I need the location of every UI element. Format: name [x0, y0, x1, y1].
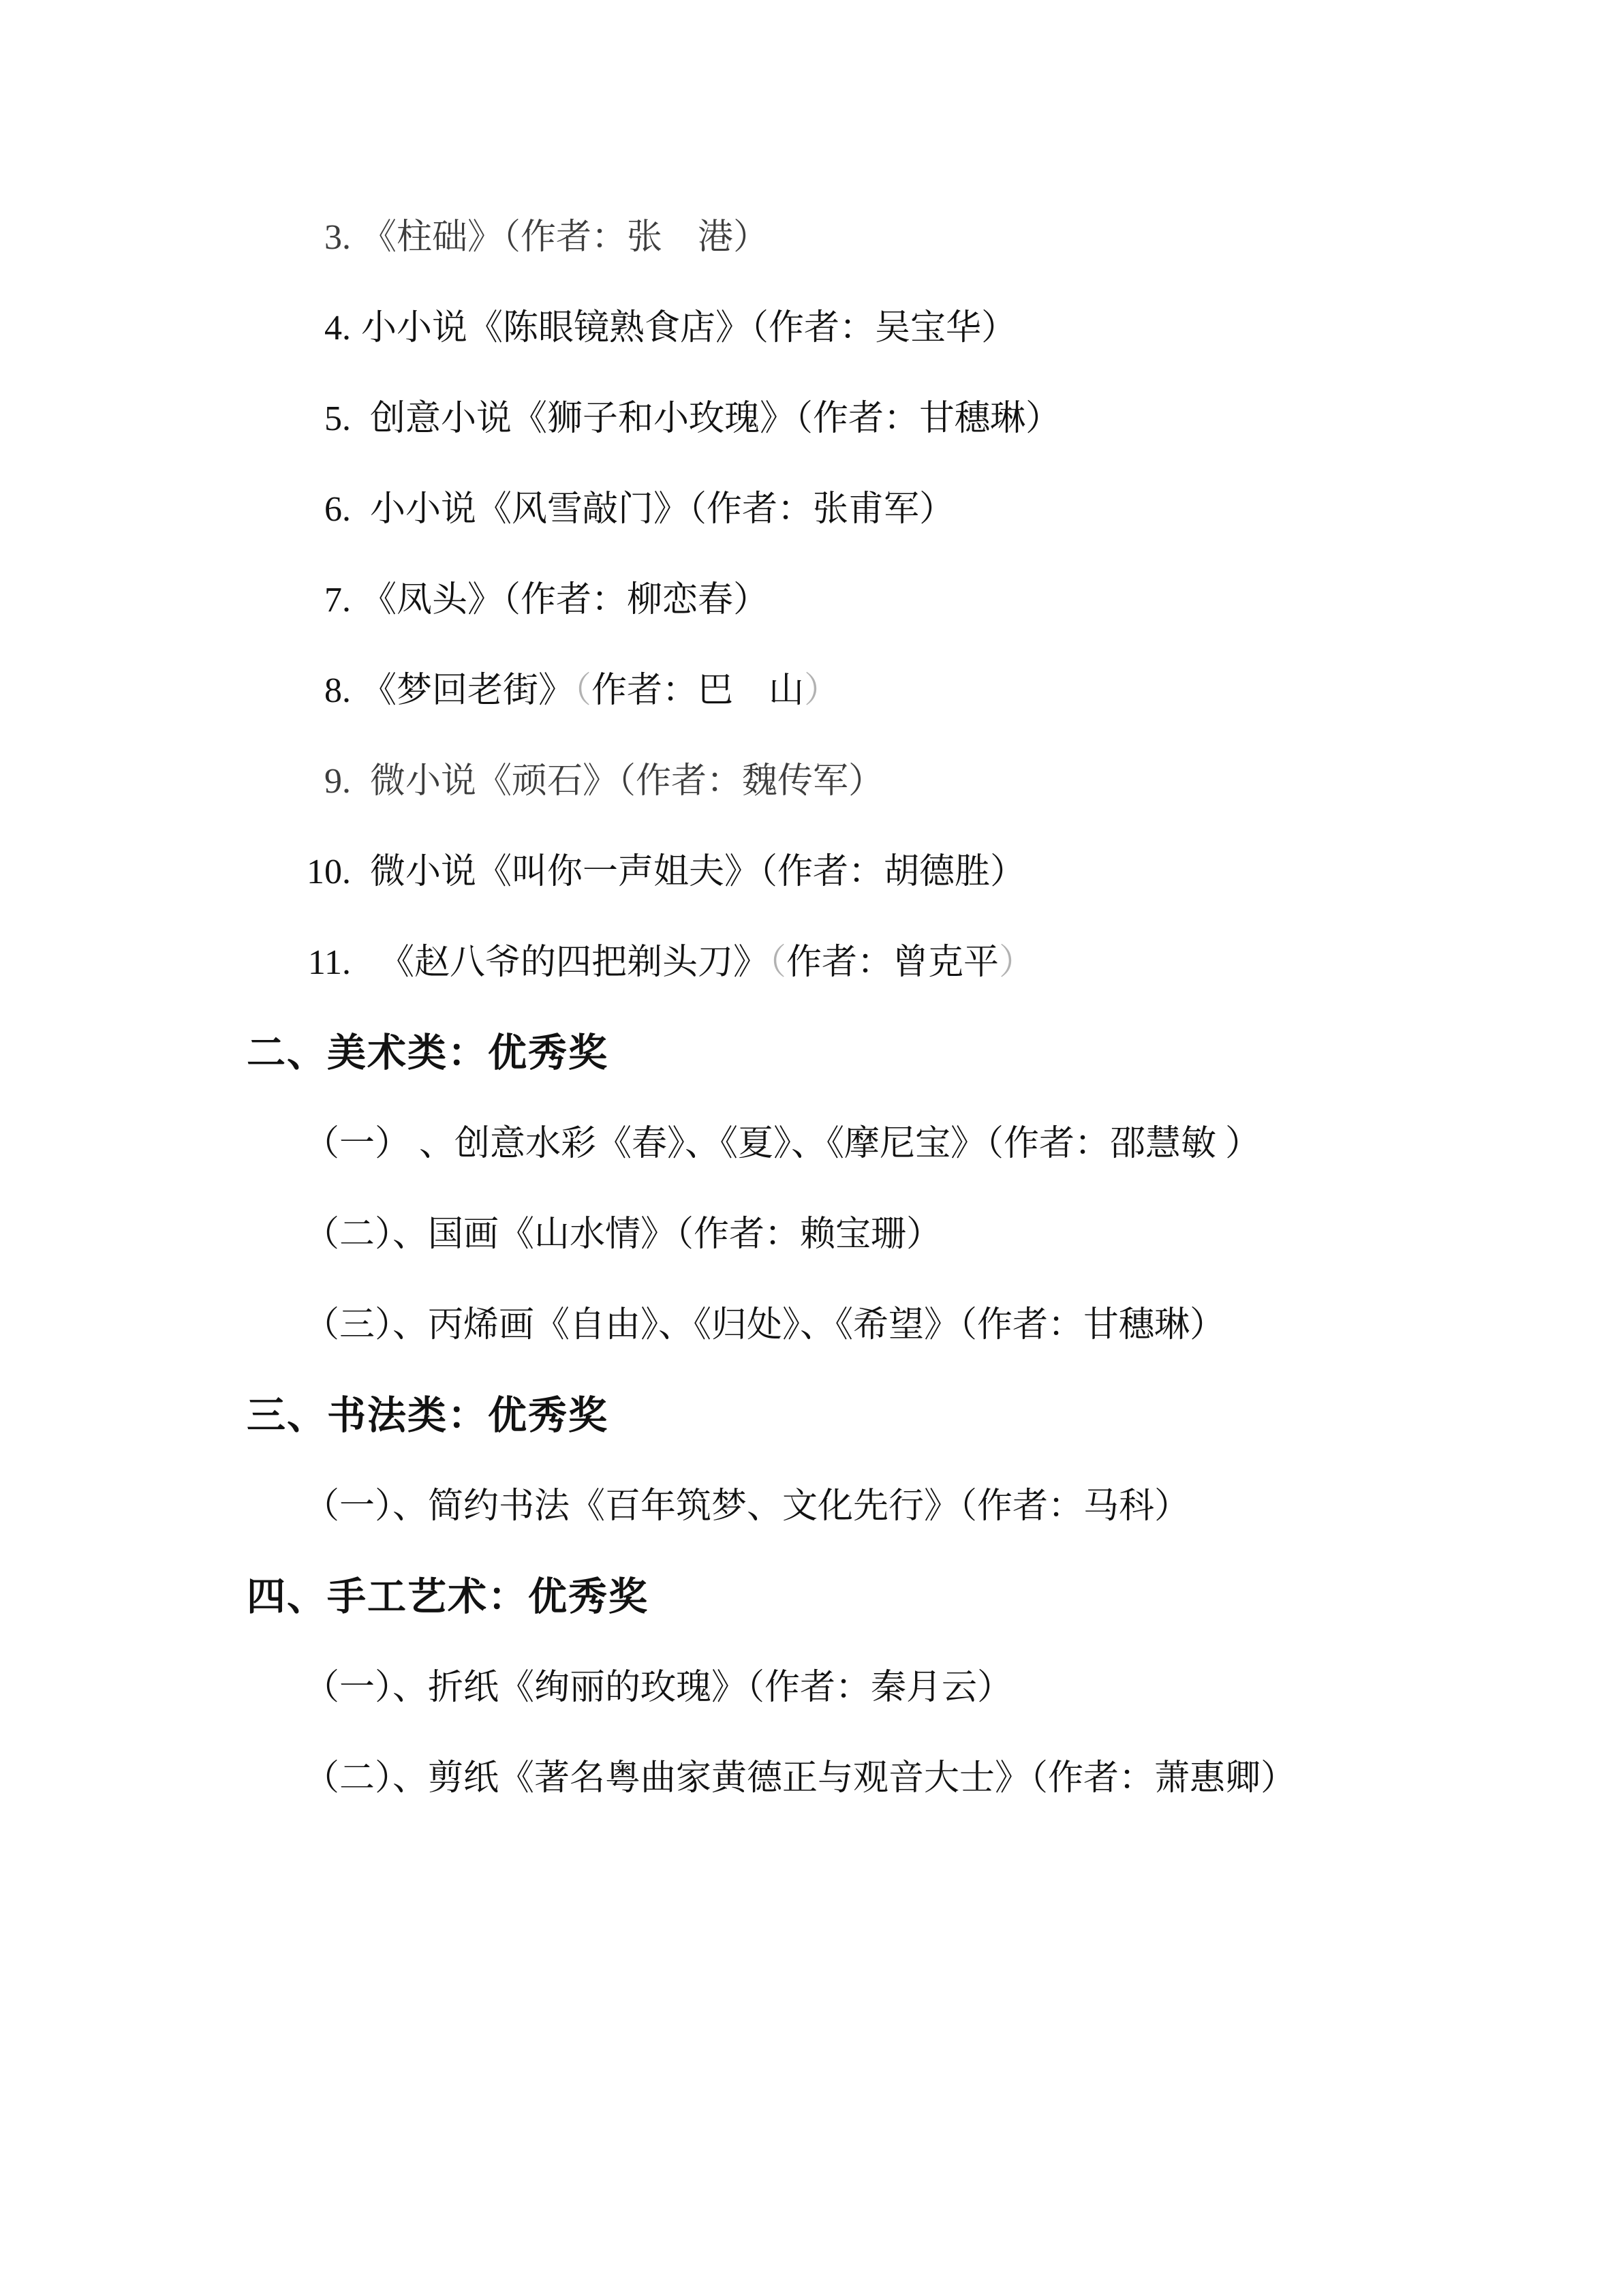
item-text: 微小说《叫你一声姐夫》（作者：胡德胜） [361, 853, 1025, 891]
item-number: 8. [293, 645, 351, 736]
art-item-1: （一） 、创意水彩《春》、《夏》、《摩尼宝》（作者：邵慧敏 ） [0, 1099, 1623, 1189]
section-heading-handicraft: 四、手工艺术：优秀奖 [0, 1552, 1623, 1642]
section-heading-calligraphy: 三、书法类：优秀奖 [0, 1371, 1623, 1461]
item-text: 《凤头》（作者：柳恋春） [361, 581, 769, 619]
award-item-7: 7.《凤头》（作者：柳恋春） [0, 555, 1623, 645]
item-text: 创意小说《狮子和小玫瑰》（作者：甘穗琳） [361, 399, 1061, 438]
work-title: 《赵八爷的四把剃头刀》 [361, 943, 769, 982]
item-number: 3. [293, 192, 351, 283]
handicraft-item-1: （一）、折纸《绚丽的玫瑰》（作者：秦月云） [0, 1642, 1623, 1733]
item-number: 6. [293, 464, 351, 555]
item-number: 7. [293, 555, 351, 645]
award-item-8: 8.《梦回老街》（作者：巴 山） [0, 645, 1623, 736]
work-title: 《梦回老街》 [361, 671, 574, 710]
calligraphy-item-1: （一）、简约书法《百年筑梦、文化先行》（作者：马科） [0, 1461, 1623, 1552]
award-item-5: 5. 创意小说《狮子和小玫瑰》（作者：甘穗琳） [0, 373, 1623, 464]
author-text: 作者：巴 山 [591, 671, 804, 710]
item-number: 11. [293, 917, 351, 1008]
document-content: 3.《柱础》（作者：张 港） 4.小小说《陈眼镜熟食店》（作者：吴宝华） 5. … [0, 192, 1623, 1824]
section-heading-art: 二、美术类：优秀奖 [0, 1008, 1623, 1099]
item-text: 《赵八爷的四把剃头刀》（作者：曾克平） [361, 943, 1034, 982]
item-number: 10. [293, 827, 351, 917]
document-page: 3.《柱础》（作者：张 港） 4.小小说《陈眼镜熟食店》（作者：吴宝华） 5. … [0, 0, 1623, 2296]
item-number: 9. [293, 736, 351, 827]
close-paren: ） [999, 943, 1034, 982]
award-item-4: 4.小小说《陈眼镜熟食店》（作者：吴宝华） [0, 283, 1623, 373]
item-text: 小小说《陈眼镜熟食店》（作者：吴宝华） [361, 309, 1017, 348]
item-text: 小小说《风雪敲门》（作者：张甫军） [361, 490, 955, 529]
award-item-10: 10. 微小说《叫你一声姐夫》（作者：胡德胜） [0, 827, 1623, 917]
award-item-11: 11. 《赵八爷的四把剃头刀》（作者：曾克平） [0, 917, 1623, 1008]
award-item-6: 6. 小小说《风雪敲门》（作者：张甫军） [0, 464, 1623, 555]
art-item-3: （三）、丙烯画《自由》、《归处》、《希望》（作者：甘穗琳） [0, 1280, 1623, 1371]
handicraft-item-2: （二）、剪纸《著名粤曲家黄德正与观音大士》（作者：萧惠卿） [0, 1733, 1623, 1824]
open-paren: （ [574, 671, 591, 710]
item-number: 4. [293, 283, 351, 373]
item-text: 微小说《顽石》（作者：魏传军） [361, 762, 884, 801]
art-item-2: （二）、国画《山水情》（作者：赖宝珊） [0, 1189, 1623, 1280]
award-item-9: 9. 微小说《顽石》（作者：魏传军） [0, 736, 1623, 827]
item-number: 5. [293, 373, 351, 464]
item-text: 《柱础》（作者：张 港） [361, 218, 769, 257]
close-paren: ） [804, 671, 839, 710]
open-paren: （ [769, 943, 786, 982]
item-text: 《梦回老街》（作者：巴 山） [361, 671, 839, 710]
award-item-3: 3.《柱础》（作者：张 港） [0, 192, 1623, 283]
author-text: 作者：曾克平 [786, 943, 999, 982]
